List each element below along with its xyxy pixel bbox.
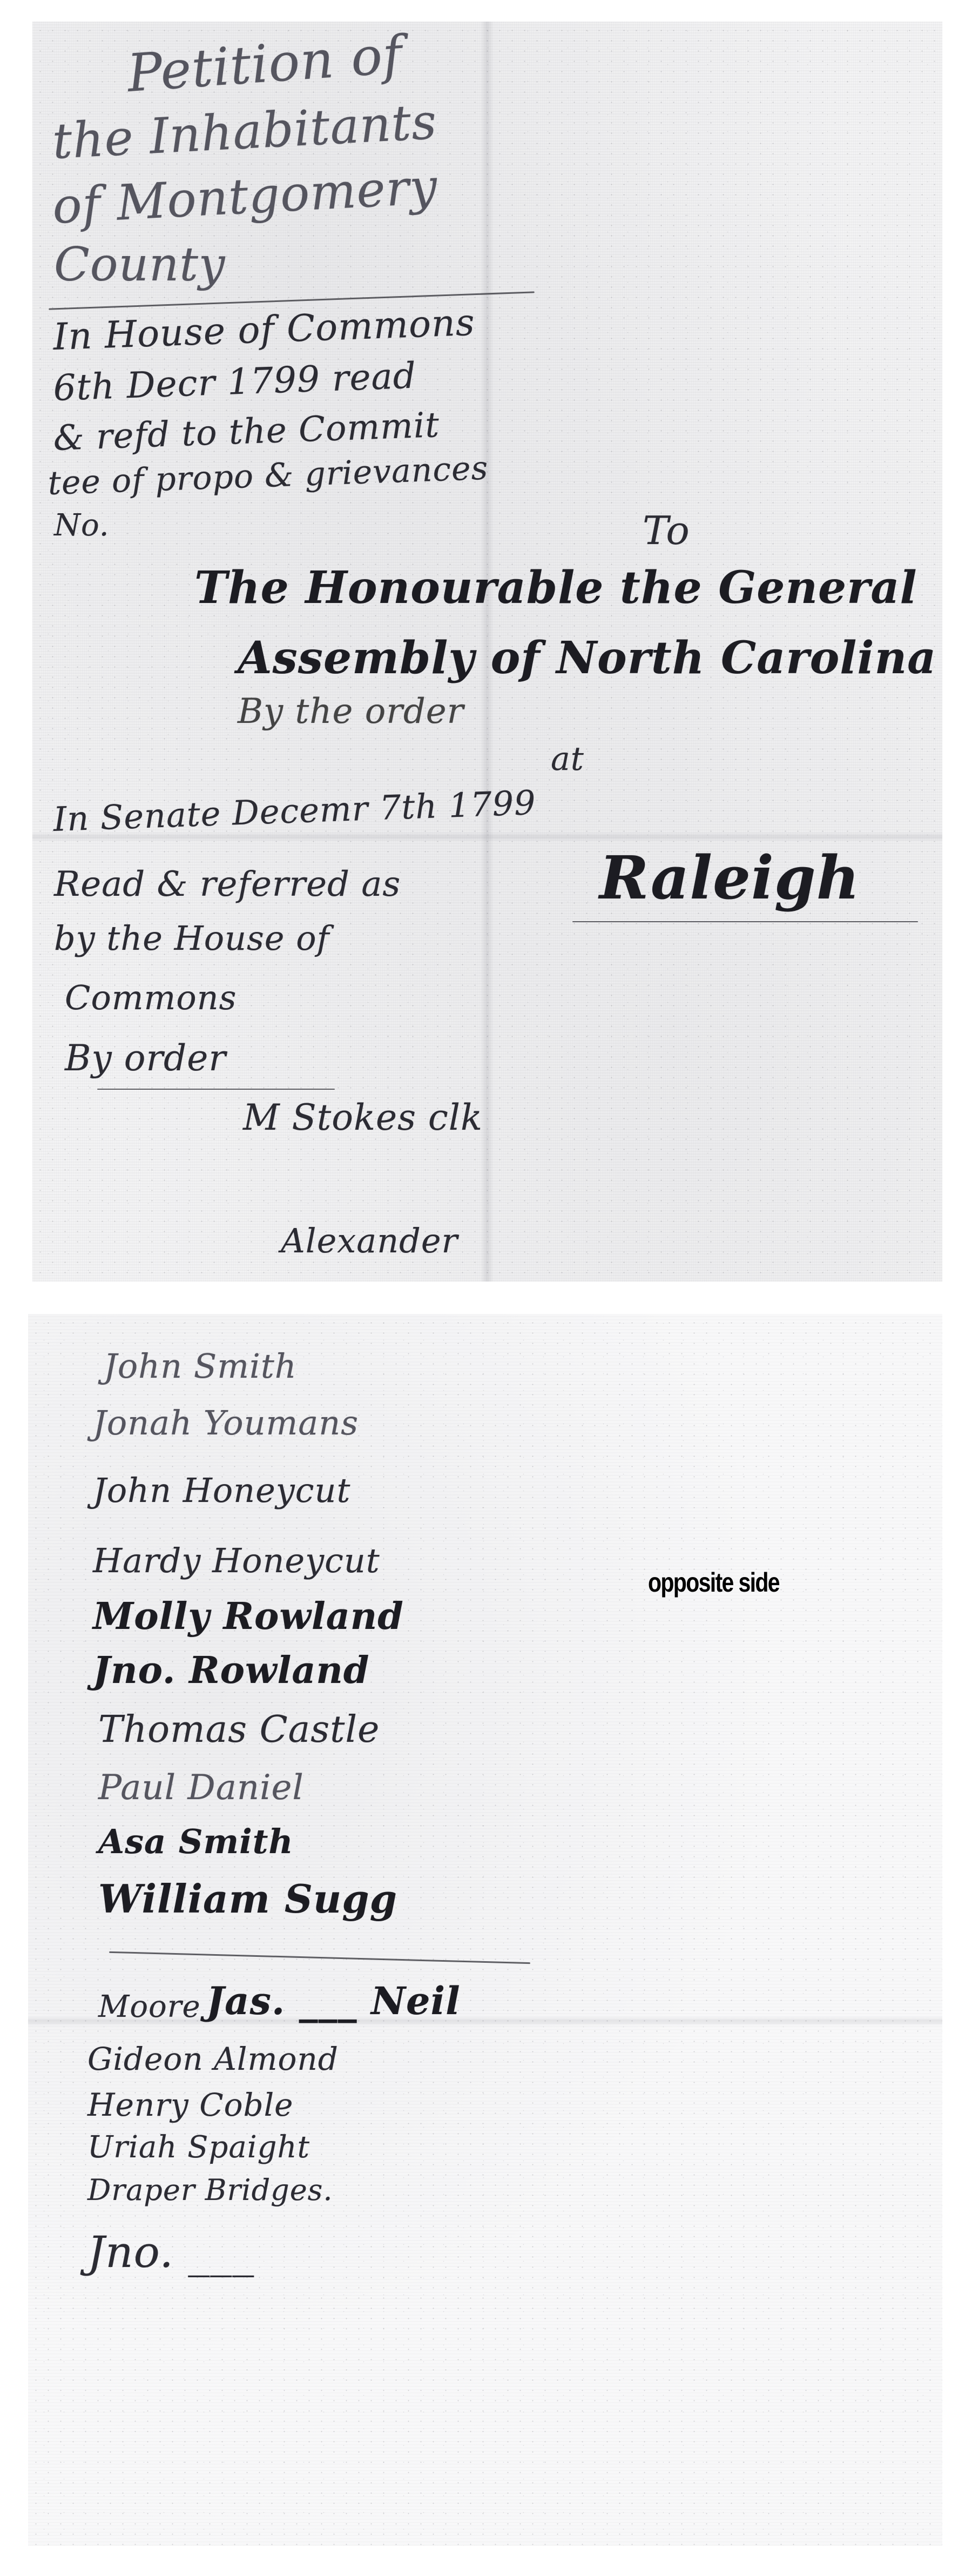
house-endorsement-line-2: 6th Decr 1799 read <box>52 355 417 409</box>
senate-endorsement-line-3: by the House of <box>54 918 330 958</box>
signature: Draper Bridges. <box>87 2173 333 2207</box>
signature: Hardy Honeycut <box>93 1541 380 1580</box>
address-line-1: The Honourable the General <box>194 562 917 614</box>
signature: Jas. ___ Neil <box>206 1978 461 2023</box>
signature: Jonah Youmans <box>93 1403 359 1443</box>
address-underline <box>572 921 918 922</box>
address-line-2: Assembly of North Carolina <box>238 632 936 684</box>
signature: William Sugg <box>98 1876 397 1922</box>
address-at: at <box>551 740 584 778</box>
senate-endorsement-line-2: Read & referred as <box>54 864 401 904</box>
docket-line-4: County <box>54 238 226 292</box>
signature: John Honeycut <box>93 1471 350 1510</box>
docket-line-2: the Inhabitants <box>51 93 438 170</box>
signature: John Smith <box>104 1346 297 1386</box>
senate-endorsement-line-5: By order <box>65 1037 226 1079</box>
signature: Uriah Spaight <box>87 2130 310 2165</box>
document-back-page: John Smith Jonah Youmans John Honeycut H… <box>28 1314 942 2546</box>
signature: Asa Smith <box>98 1822 293 1861</box>
signature: Moore <box>98 1989 201 2024</box>
signature: Jno. Rowland <box>93 1649 369 1692</box>
document-front-page: Petition of the Inhabitants of Montgomer… <box>32 22 942 1282</box>
signature-divider <box>109 1951 530 1964</box>
opposite-side-label: opposite side <box>648 1567 779 1598</box>
clerk-signature: M Stokes clk <box>243 1097 483 1138</box>
signature: Molly Rowland <box>93 1595 404 1638</box>
overwrite-by-order: By the order <box>238 692 464 732</box>
senate-endorsement-line-4: Commons <box>65 978 237 1017</box>
signature: Gideon Almond <box>87 2041 339 2077</box>
senate-endorsement-line-1: In Senate Decemr 7th 1799 <box>52 783 536 839</box>
bottom-name: Alexander <box>281 1221 458 1260</box>
signature: Jno. ___ <box>87 2227 254 2277</box>
signature: Henry Coble <box>87 2087 294 2123</box>
by-order-underline <box>97 1089 335 1090</box>
docket-line-3: of Montgomery <box>51 158 439 235</box>
house-endorsement-line-1: In House of Commons <box>52 301 476 359</box>
signature: Thomas Castle <box>98 1708 380 1751</box>
house-endorsement-line-5: No. <box>54 508 110 543</box>
signature: Paul Daniel <box>98 1768 304 1808</box>
docket-line-1: Petition of <box>125 24 404 104</box>
house-endorsement-line-3: & refd to the Commit <box>52 405 440 459</box>
house-endorsement-line-4: tee of propo & grievances <box>48 450 489 502</box>
address-to: To <box>643 508 690 553</box>
address-place: Raleigh <box>599 843 860 913</box>
